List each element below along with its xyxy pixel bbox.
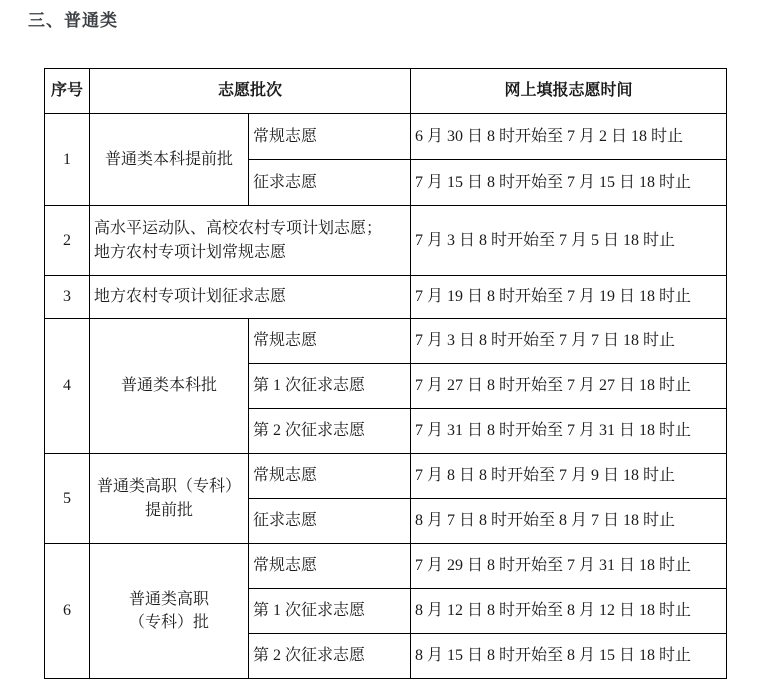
batch-name: 地方农村专项计划征求志愿	[90, 276, 411, 319]
header-batch: 志愿批次	[90, 69, 411, 114]
serial-no: 4	[45, 319, 90, 454]
sub-batch-label: 第 1 次征求志愿	[249, 364, 411, 409]
time-range: 6 月 30 日 8 时开始至 7 月 2 日 18 时止	[411, 114, 727, 160]
time-range: 7 月 19 日 8 时开始至 7 月 19 日 18 时止	[411, 276, 727, 319]
sub-batch-label: 征求志愿	[249, 160, 411, 206]
batch-name: 普通类高职 （专科）批	[90, 544, 249, 679]
application-schedule-table: 序号 志愿批次 网上填报志愿时间 1 普通类本科提前批 常规志愿 6 月 30 …	[44, 68, 727, 679]
serial-no: 6	[45, 544, 90, 679]
table-header-row: 序号 志愿批次 网上填报志愿时间	[45, 69, 727, 114]
time-range: 7 月 15 日 8 时开始至 7 月 15 日 18 时止	[411, 160, 727, 206]
sub-batch-label: 常规志愿	[249, 319, 411, 364]
sub-batch-label: 第 2 次征求志愿	[249, 409, 411, 454]
time-range: 7 月 29 日 8 时开始至 7 月 31 日 18 时止	[411, 544, 727, 589]
table-row: 6 普通类高职 （专科）批 常规志愿 7 月 29 日 8 时开始至 7 月 3…	[45, 544, 727, 589]
header-time: 网上填报志愿时间	[411, 69, 727, 114]
time-range: 7 月 31 日 8 时开始至 7 月 31 日 18 时止	[411, 409, 727, 454]
serial-no: 5	[45, 454, 90, 544]
header-serial-no: 序号	[45, 69, 90, 114]
batch-name: 普通类本科批	[90, 319, 249, 454]
table-row: 3 地方农村专项计划征求志愿 7 月 19 日 8 时开始至 7 月 19 日 …	[45, 276, 727, 319]
serial-no: 1	[45, 114, 90, 206]
table-row: 1 普通类本科提前批 常规志愿 6 月 30 日 8 时开始至 7 月 2 日 …	[45, 114, 727, 160]
sub-batch-label: 征求志愿	[249, 499, 411, 544]
sub-batch-label: 常规志愿	[249, 114, 411, 160]
time-range: 7 月 8 日 8 时开始至 7 月 9 日 18 时止	[411, 454, 727, 499]
time-range: 8 月 12 日 8 时开始至 8 月 12 日 18 时止	[411, 589, 727, 634]
serial-no: 2	[45, 206, 90, 276]
table-row: 2 高水平运动队、高校农村专项计划志愿； 地方农村专项计划常规志愿 7 月 3 …	[45, 206, 727, 276]
batch-name: 普通类高职（专科） 提前批	[90, 454, 249, 544]
time-range: 7 月 3 日 8 时开始至 7 月 5 日 18 时止	[411, 206, 727, 276]
time-range: 8 月 15 日 8 时开始至 8 月 15 日 18 时止	[411, 634, 727, 679]
batch-name: 高水平运动队、高校农村专项计划志愿； 地方农村专项计划常规志愿	[90, 206, 411, 276]
sub-batch-label: 常规志愿	[249, 544, 411, 589]
table-row: 5 普通类高职（专科） 提前批 常规志愿 7 月 8 日 8 时开始至 7 月 …	[45, 454, 727, 499]
sub-batch-label: 第 2 次征求志愿	[249, 634, 411, 679]
serial-no: 3	[45, 276, 90, 319]
time-range: 7 月 27 日 8 时开始至 7 月 27 日 18 时止	[411, 364, 727, 409]
section-title: 三、普通类	[28, 6, 118, 31]
time-range: 8 月 7 日 8 时开始至 8 月 7 日 18 时止	[411, 499, 727, 544]
sub-batch-label: 常规志愿	[249, 454, 411, 499]
time-range: 7 月 3 日 8 时开始至 7 月 7 日 18 时止	[411, 319, 727, 364]
document-page: 三、普通类 序号 志愿批次 网上填报志愿时间 1 普通类本科提前批 常规志愿 6…	[0, 0, 768, 699]
sub-batch-label: 第 1 次征求志愿	[249, 589, 411, 634]
table-row: 4 普通类本科批 常规志愿 7 月 3 日 8 时开始至 7 月 7 日 18 …	[45, 319, 727, 364]
batch-name: 普通类本科提前批	[90, 114, 249, 206]
